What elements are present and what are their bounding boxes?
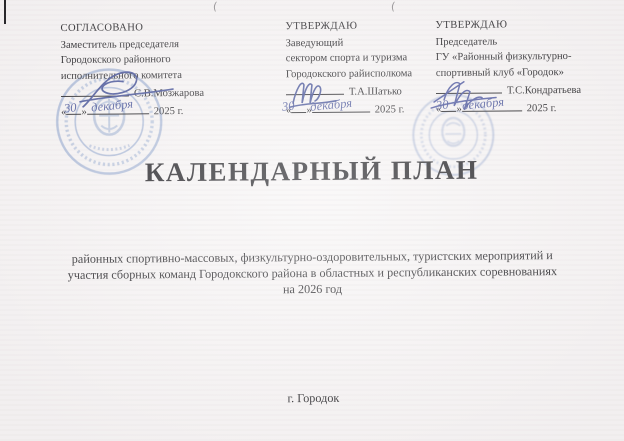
approval-role-line: сектором спорта и туризма xyxy=(286,50,451,67)
approval-role-line: Председатель xyxy=(436,33,621,50)
date-year: 2025 г. xyxy=(375,104,405,115)
approval-heading: СОГЛАСОВАНО xyxy=(60,19,250,36)
approval-role-line: Заведующий xyxy=(286,35,451,52)
document-subtitle: районных спортивно-массовых, физкультурн… xyxy=(0,247,624,301)
document-content: СОГЛАСОВАНО Заместитель председателя Гор… xyxy=(0,0,624,441)
approval-block-utverzhdayu-sport: УТВЕРЖДАЮ Заведующий сектором спорта и т… xyxy=(285,18,451,119)
signer-name: Т.С.Кондратьева xyxy=(507,85,581,97)
handwritten-day: 30 xyxy=(63,100,77,117)
footer-city: г. Городок xyxy=(1,389,624,409)
date-year: 2025 г. xyxy=(527,103,557,114)
approval-block-utverzhdayu-club: УТВЕРЖДАЮ Председатель ГУ «Районный физк… xyxy=(435,17,621,118)
approval-role-line: Заместитель председателя xyxy=(61,36,251,53)
approval-block-soglasovano: СОГЛАСОВАНО Заместитель председателя Гор… xyxy=(60,19,251,120)
approval-heading: УТВЕРЖДАЮ xyxy=(285,18,450,35)
approval-role-line: Городокского районного xyxy=(61,52,251,69)
document-title: КАЛЕНДАРНЫЙ ПЛАН xyxy=(0,154,624,190)
handwritten-day: 30 xyxy=(281,99,295,116)
approval-heading: УТВЕРЖДАЮ xyxy=(435,17,620,34)
handwritten-day: 30 xyxy=(435,97,449,114)
approval-role-line: ГУ «Районный физкультурно- xyxy=(436,49,621,66)
scanned-document-page: ( ( СОГЛАСОВАНО Заместитель председателя… xyxy=(0,0,624,441)
signer-name: Т.А.Шатько xyxy=(349,86,402,97)
